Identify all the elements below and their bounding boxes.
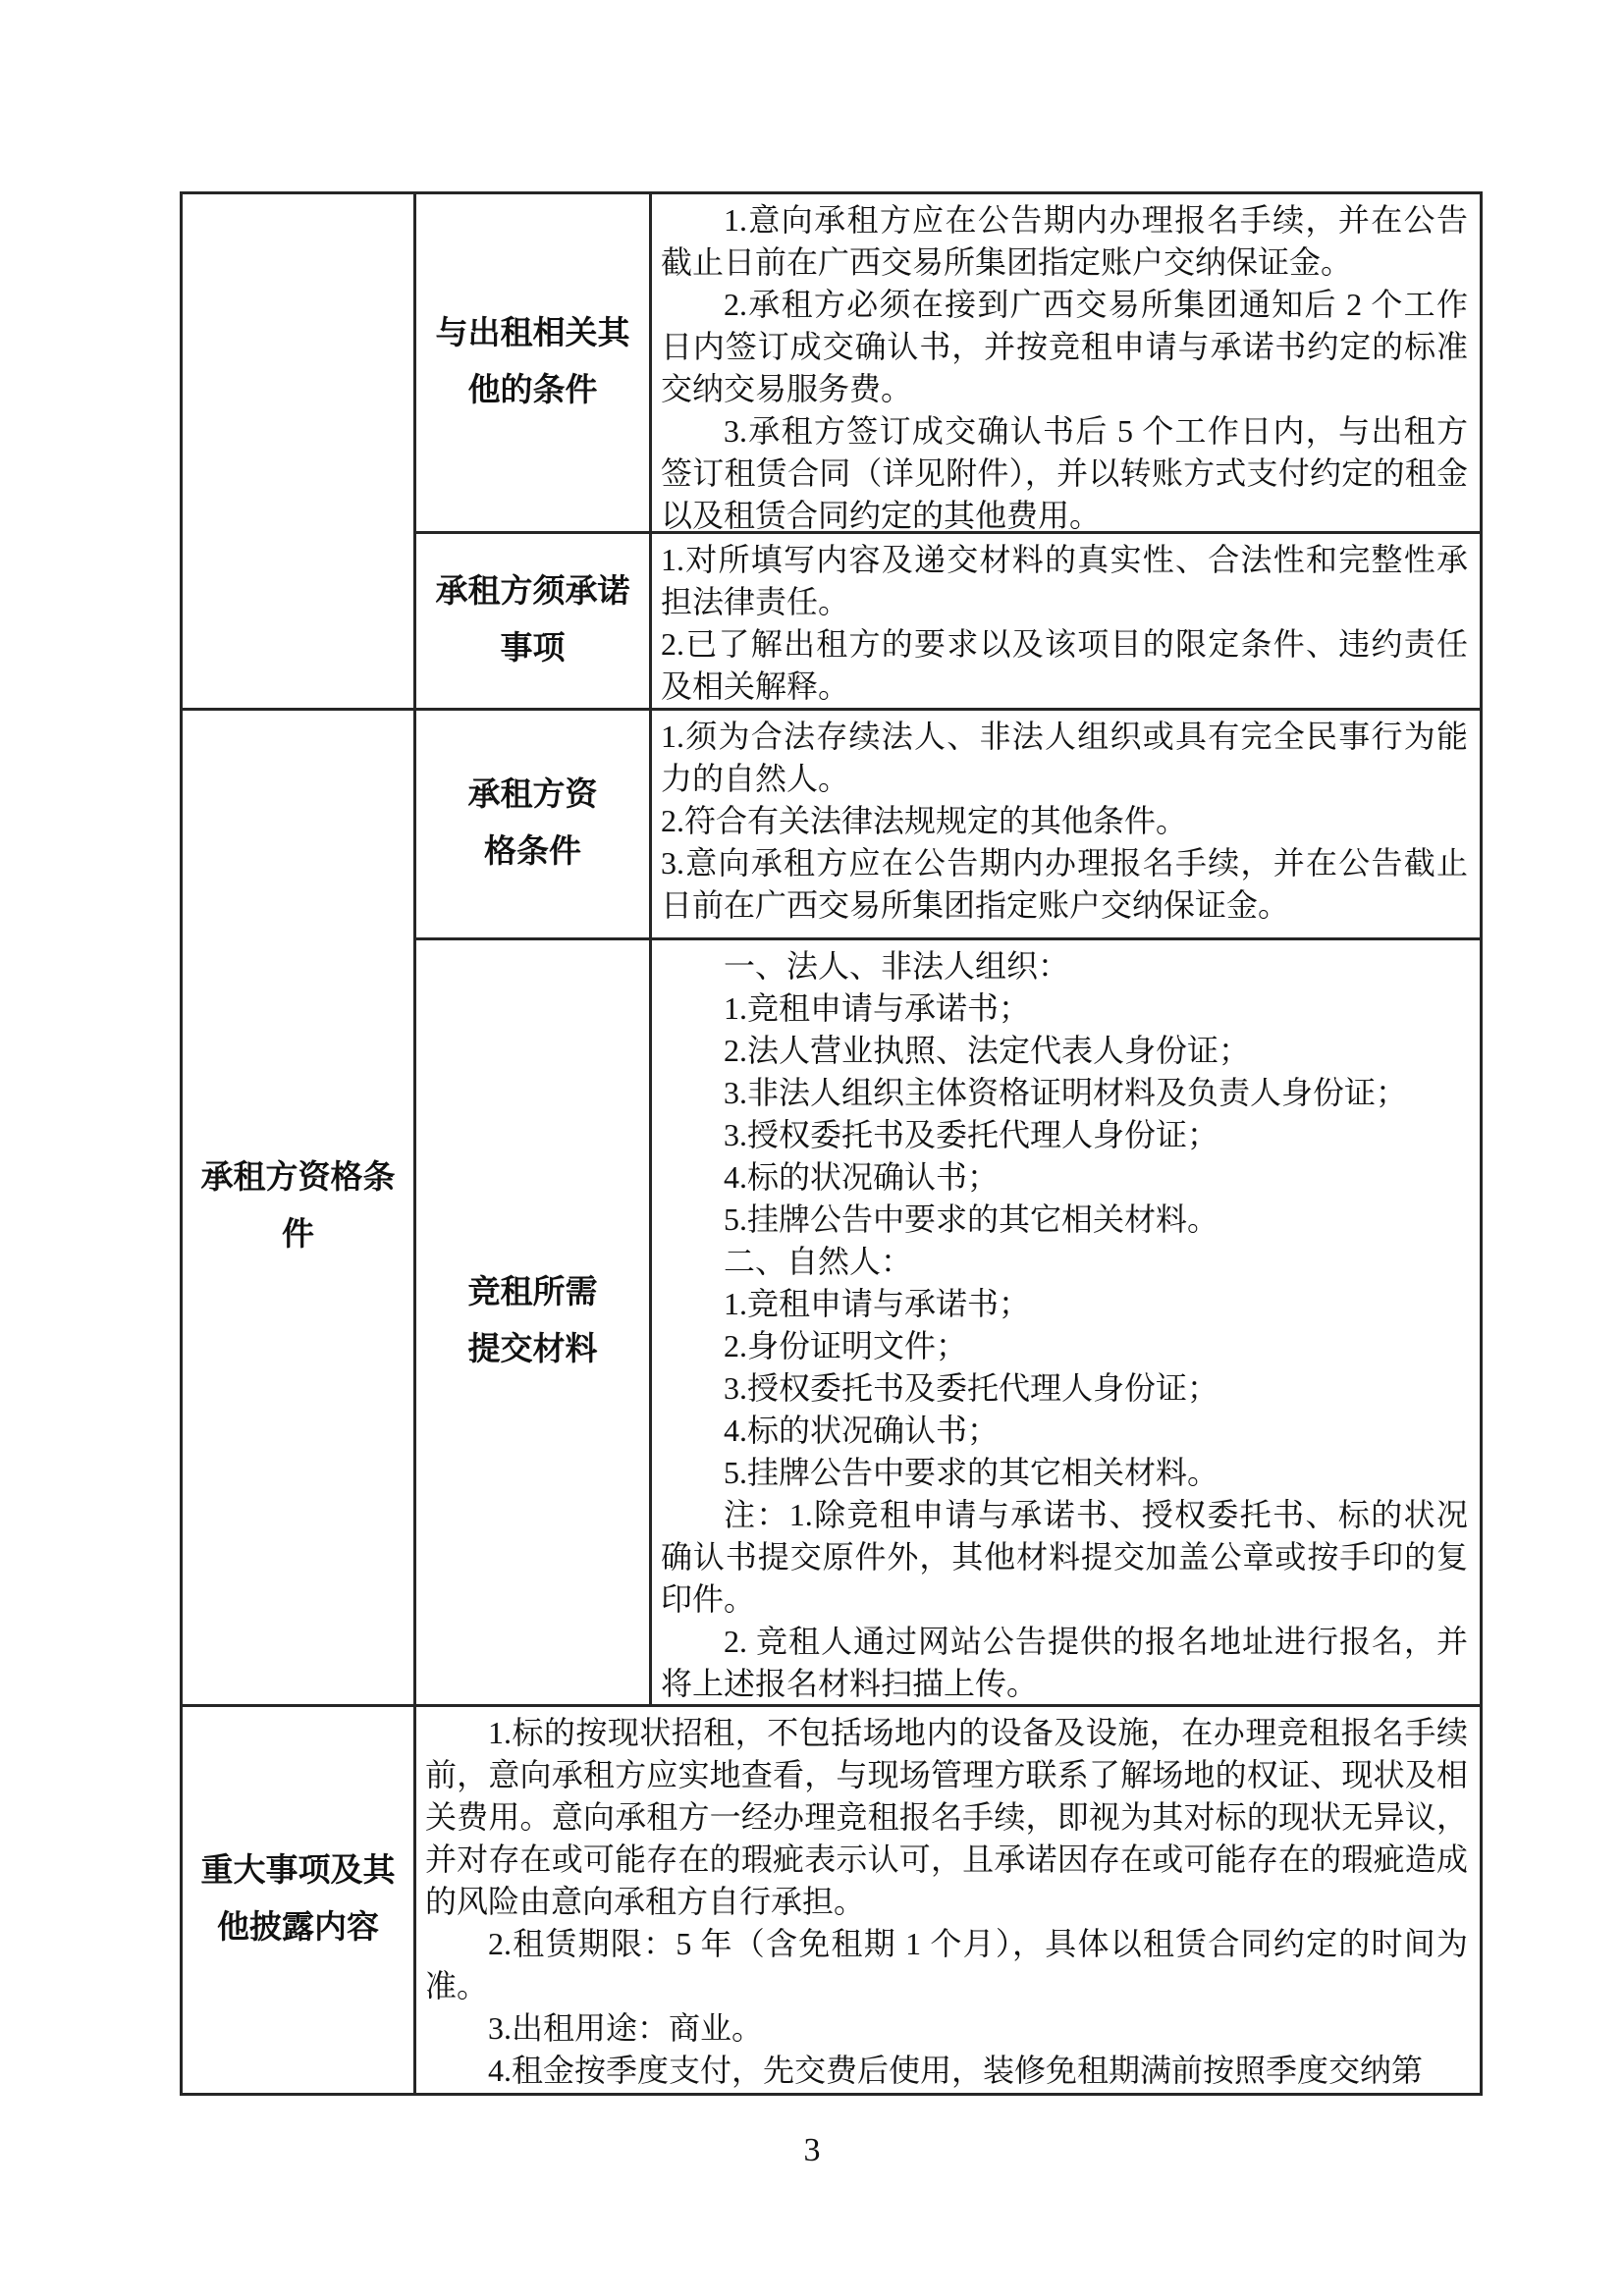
row-label-text: 竞租所需提交材料 (467, 1265, 599, 1379)
row-label-text: 承租方须承诺事项 (435, 564, 631, 678)
paragraph: 二、自然人： (661, 1241, 1468, 1283)
paragraph: 2.租赁期限：5 年（含免租期 1 个月），具体以租赁合同约定的时间为准。 (425, 1923, 1468, 2007)
paragraph: 5.挂牌公告中要求的其它相关材料。 (661, 1199, 1468, 1241)
paragraph: 2. 竞租人通过网站公告提供的报名地址进行报名，并将上述报名材料扫描上传。 (661, 1621, 1468, 1705)
row-label-text: 承租方资格条件 (467, 768, 599, 881)
document-page: 与出租相关其他的条件 1.意向承租方应在公告期内办理报名手续，并在公告截止日前在… (0, 0, 1624, 2296)
row-label-lease-conditions: 与出租相关其他的条件 (416, 194, 652, 534)
row-content-qualification: 1.须为合法存续法人、非法人组织或具有完全民事行为能力的自然人。 2.符合有关法… (652, 711, 1480, 940)
paragraph: 2.已了解出租方的要求以及该项目的限定条件、违约责任及相关解释。 (661, 623, 1468, 708)
row-label-bid-materials: 竞租所需提交材料 (416, 940, 652, 1707)
paragraph: 3.授权委托书及委托代理人身份证； (661, 1114, 1468, 1156)
paragraph: 1.对所填写内容及递交材料的真实性、合法性和完整性承担法律责任。 (661, 539, 1468, 623)
paragraph: 1.须为合法存续法人、非法人组织或具有完全民事行为能力的自然人。 (661, 716, 1468, 800)
row-label-lessee-commitments: 承租方须承诺事项 (416, 534, 652, 711)
paragraph: 3.承租方签订成交确认书后 5 个工作日内，与出租方签订租赁合同（详见附件），并… (661, 410, 1468, 534)
paragraph: 2.身份证明文件； (661, 1325, 1468, 1367)
row-label-qualification: 承租方资格条件 (416, 711, 652, 940)
paragraph: 2.法人营业执照、法定代表人身份证； (661, 1030, 1468, 1072)
paragraph: 3.授权委托书及委托代理人身份证； (661, 1367, 1468, 1410)
paragraph: 2.符合有关法律法规规定的其他条件。 (661, 800, 1468, 842)
row-content-bid-materials: 一、法人、非法人组织： 1.竞租申请与承诺书； 2.法人营业执照、法定代表人身份… (652, 940, 1480, 1707)
paragraph: 4.标的状况确认书； (661, 1410, 1468, 1452)
paragraph: 1.意向承租方应在公告期内办理报名手续，并在公告截止日前在广西交易所集团指定账户… (661, 199, 1468, 284)
paragraph: 5.挂牌公告中要求的其它相关材料。 (661, 1452, 1468, 1494)
paragraph: 1.竞租申请与承诺书； (661, 1283, 1468, 1325)
row-content-lessee-commitments: 1.对所填写内容及递交材料的真实性、合法性和完整性承担法律责任。 2.已了解出租… (652, 534, 1480, 711)
announcement-table: 与出租相关其他的条件 1.意向承租方应在公告期内办理报名手续，并在公告截止日前在… (180, 191, 1483, 2096)
paragraph: 1.竞租申请与承诺书； (661, 988, 1468, 1030)
paragraph: 4.租金按季度支付，先交费后使用，装修免租期满前按照季度交纳第 (425, 2050, 1468, 2092)
row-label-text: 与出租相关其他的条件 (435, 306, 631, 420)
row-content-lease-conditions: 1.意向承租方应在公告期内办理报名手续，并在公告截止日前在广西交易所集团指定账户… (652, 194, 1480, 534)
paragraph: 3.出租用途：商业。 (425, 2007, 1468, 2050)
row-label-text: 重大事项及其他披露内容 (200, 1843, 397, 1957)
group-label-lessee-qualification: 承租方资格条件 (183, 711, 416, 1707)
group-label-text: 承租方资格条件 (200, 1150, 397, 1264)
paragraph: 3.非法人组织主体资格证明材料及负责人身份证； (661, 1072, 1468, 1114)
row-content-major-matters: 1.标的按现状招租，不包括场地内的设备及设施，在办理竞租报名手续前，意向承租方应… (416, 1707, 1480, 2093)
paragraph: 2.承租方必须在接到广西交易所集团通知后 2 个工作日内签订成交确认书，并按竞租… (661, 284, 1468, 410)
paragraph: 注：1.除竞租申请与承诺书、授权委托书、标的状况确认书提交原件外，其他材料提交加… (661, 1494, 1468, 1621)
paragraph: 4.标的状况确认书； (661, 1156, 1468, 1199)
paragraph: 1.标的按现状招租，不包括场地内的设备及设施，在办理竞租报名手续前，意向承租方应… (425, 1712, 1468, 1923)
paragraph: 一、法人、非法人组织： (661, 945, 1468, 988)
paragraph: 3.意向承租方应在公告期内办理报名手续，并在公告截止日前在广西交易所集团指定账户… (661, 842, 1468, 927)
page-number: 3 (0, 2132, 1624, 2169)
row-label-major-matters: 重大事项及其他披露内容 (183, 1707, 416, 2093)
empty-spacer-cell (183, 194, 416, 711)
